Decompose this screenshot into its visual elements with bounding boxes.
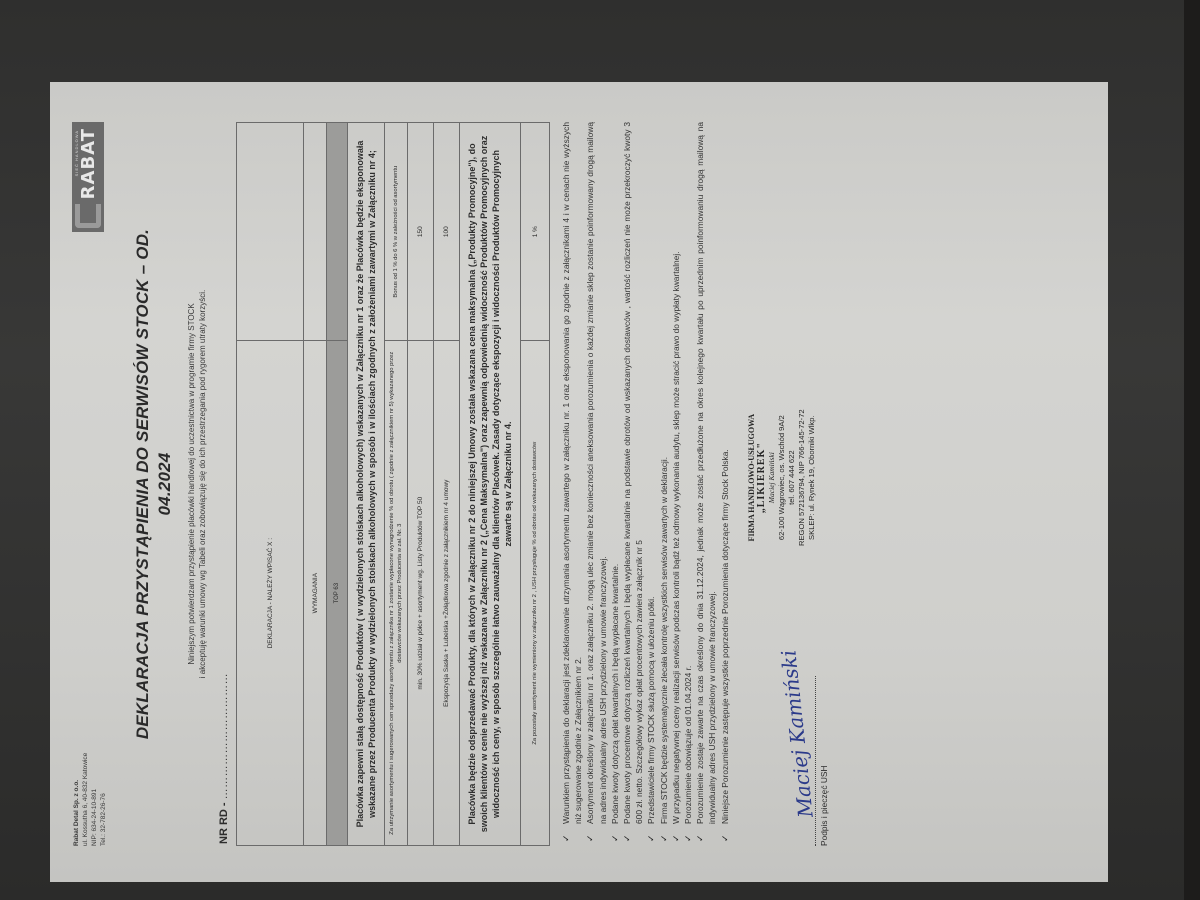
stamp-tel: tel. 607 444 622	[787, 409, 797, 546]
logo-brand: RABAT	[78, 128, 99, 199]
row-req: Za pozostały asortyment nie wymieniony w…	[521, 341, 550, 846]
term-text: Porozumienie zostaje zawarte na czas okr…	[695, 122, 717, 824]
availability-requirement: Placówka zapewni stałą dostępność Produk…	[348, 123, 385, 846]
section-top63-empty	[327, 123, 348, 341]
logo-r-icon	[75, 204, 101, 228]
row-req: min. 30% udział w półce + asortyment wg.…	[408, 341, 434, 846]
row-value: 1 %	[521, 123, 550, 341]
term-text: Przedstawiciele firmy STOCK służą pomocą…	[646, 597, 656, 824]
nr-rd-label: NR RD -	[218, 802, 230, 844]
checkmark-icon: ✓	[682, 834, 694, 842]
list-item: ✓Firma STOCK będzie systematycznie zleca…	[658, 122, 670, 846]
term-text: Niniejsze Porozumienie zastępuje wszystk…	[720, 449, 730, 824]
list-item: ✓Porozumienie zostaje zawarte na czas ok…	[694, 122, 718, 846]
signature-block: Maciej Kamiński Podpis i pieczęć USH	[789, 676, 829, 846]
signature-area: Maciej Kamiński Podpis i pieczęć USH FIR…	[737, 122, 837, 846]
handwritten-signature: Maciej Kamiński	[776, 649, 817, 819]
background-edge	[1184, 0, 1200, 900]
stamp-shop: SKLEP: ul. Rynek 19, Oborniki Wlkp.	[807, 409, 817, 546]
req-header-empty	[304, 123, 327, 341]
table-row: Za utrzymanie asortymentu i sugerowanych…	[385, 123, 408, 846]
list-item: ✓Podane kwoty procentowe dotyczą rozlicz…	[621, 122, 645, 846]
list-item: ✓W przypadku negatywnej oceny realizacji…	[670, 122, 682, 846]
term-text: Asortyment określony w załączniku nr 1. …	[585, 122, 607, 824]
declaration-page: Rabat Detal Sp. z o.o. ul. Kossutha 6, 4…	[50, 82, 1108, 882]
row-value: 150	[408, 123, 434, 341]
checkmark-icon: ✓	[658, 834, 670, 842]
checkmark-icon: ✓	[670, 834, 682, 842]
row-value: 100	[434, 123, 460, 341]
logo-tagline: SIEĆ HANDLOWA	[74, 130, 79, 176]
term-text: Podane kwoty procentowe dotyczą rozlicze…	[622, 122, 644, 824]
list-item: ✓Warunkiem przystąpienia do deklaracji j…	[560, 122, 584, 846]
checkmark-icon: ✓	[645, 834, 657, 842]
list-item: ✓Asortyment określony w załączniku nr 1.…	[584, 122, 608, 846]
term-text: W przypadku negatywnej oceny realizacji …	[671, 251, 681, 824]
nr-rd-blank[interactable]: ……………………………	[218, 673, 230, 800]
stamp-ids: REGON 572136794, NIP 766-145-72-72	[797, 409, 807, 546]
checkmark-icon: ✓	[621, 834, 633, 842]
row-req: Ekspozycja Saska + Lubelska +Żołądkowa z…	[434, 341, 460, 846]
intro-line-1: Niniejszym potwierdzam przystąpienie pla…	[187, 303, 196, 664]
req-header: WYMAGANIA	[304, 341, 327, 846]
list-item: ✓Niniejsze Porozumienie zastępuje wszyst…	[719, 122, 731, 846]
list-item: ✓Porozumienie obowiązuje od 01.04.2024 r…	[682, 122, 694, 846]
nr-rd-field[interactable]: NR RD - ……………………………	[218, 122, 230, 844]
row-req: Za utrzymanie asortymentu i sugerowanych…	[385, 341, 408, 846]
signature-label: Podpis i pieczęć USH	[819, 676, 829, 846]
checkmark-icon: ✓	[719, 834, 731, 842]
table-row: min. 30% udział w półce + asortyment wg.…	[408, 123, 434, 846]
decl-checkbox-cell[interactable]	[237, 123, 304, 341]
term-text: Warunkiem przystąpienia do deklaracji je…	[561, 122, 583, 824]
rabat-logo: SIEĆ HANDLOWA RABAT	[72, 122, 104, 232]
decl-header: DEKLARACJA - NALEŻY WPISAĆ X :	[237, 341, 304, 846]
signature-line[interactable]: Maciej Kamiński	[789, 676, 816, 846]
title-line-1: DEKLARACJA PRZYSTĄPIENIA DO SERWISÓW STO…	[133, 229, 152, 739]
checkmark-icon: ✓	[560, 834, 572, 842]
table-row: Za pozostały asortyment nie wymieniony w…	[521, 123, 550, 846]
terms-list: ✓Warunkiem przystąpienia do deklaracji j…	[560, 122, 731, 846]
list-item: ✓Podane kwoty dotyczą opłat kwartalnych …	[609, 122, 621, 846]
table-row: Ekspozycja Saska + Lubelska +Żołądkowa z…	[434, 123, 460, 846]
checkmark-icon: ✓	[694, 834, 706, 842]
intro-text: Niniejszym potwierdzam przystąpienie pla…	[186, 122, 208, 846]
promo-requirement: Placówka będzie odsprzedawać Produkty, d…	[460, 123, 521, 846]
term-text: Firma STOCK będzie systematycznie zlecał…	[659, 457, 669, 824]
title-line-2: 04.2024	[155, 453, 174, 516]
declaration-table: DEKLARACJA - NALEŻY WPISAĆ X : WYMAGANIA…	[236, 122, 550, 846]
stamp-name: „LIKIEREK"	[757, 409, 767, 546]
checkmark-icon: ✓	[609, 834, 621, 842]
document-photo: Rabat Detal Sp. z o.o. ul. Kossutha 6, 4…	[50, 82, 1108, 882]
stamp-owner: Maciej Kamiński	[767, 409, 777, 546]
list-item: ✓Przedstawiciele firmy STOCK służą pomoc…	[645, 122, 657, 846]
intro-line-2: i akceptuję warunki umowy wg Tabeli oraz…	[198, 290, 207, 678]
section-top63: TOP 63	[327, 341, 348, 846]
company-stamp: FIRMA HANDLOWO-USŁUGOWA „LIKIEREK" Macie…	[747, 409, 817, 546]
page-title: DEKLARACJA PRZYSTĄPIENIA DO SERWISÓW STO…	[132, 122, 176, 846]
page-header: Rabat Detal Sp. z o.o. ul. Kossutha 6, 4…	[72, 122, 132, 846]
stamp-address: 62-100 Wągrowiec, os. Wschód 9A/2	[777, 409, 787, 546]
checkmark-icon: ✓	[584, 834, 596, 842]
term-text: Porozumienie obowiązuje od 01.04.2024 r.	[683, 666, 693, 824]
term-text: Podane kwoty dotyczą opłat kwartalnych i…	[610, 564, 620, 824]
row-value: Bonus od 1 % do 6 % w zależności od asor…	[385, 123, 408, 341]
